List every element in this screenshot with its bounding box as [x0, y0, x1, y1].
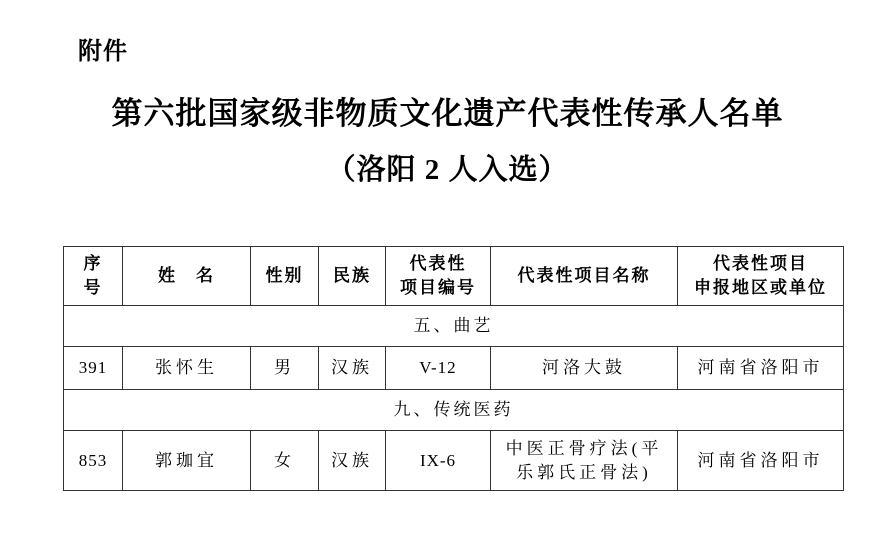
table-header-row: 序 号 姓 名 性别 民族 代表性 项目编号 代表性项目名称 代表性项目 申报地… — [64, 247, 844, 306]
inheritors-table: 序 号 姓 名 性别 民族 代表性 项目编号 代表性项目名称 代表性项目 申报地… — [63, 246, 844, 491]
table-row: 853 郭珈宜 女 汉族 IX-6 中医正骨疗法(平乐郭氏正骨法) 河南省洛阳市 — [64, 431, 844, 491]
cell-gender: 女 — [251, 431, 319, 491]
section-label: 五、曲艺 — [64, 306, 844, 347]
col-header-project-name: 代表性项目名称 — [491, 247, 678, 306]
cell-ethnicity: 汉族 — [319, 431, 386, 491]
col-header-ethnicity: 民族 — [319, 247, 386, 306]
cell-project-code: IX-6 — [386, 431, 491, 491]
cell-region: 河南省洛阳市 — [678, 431, 844, 491]
page-title: 第六批国家级非物质文化遗产代表性传承人名单 — [0, 96, 895, 132]
table-row: 391 张怀生 男 汉族 V-12 河洛大鼓 河南省洛阳市 — [64, 347, 844, 390]
page-subtitle: （洛阳 2 人入选） — [0, 154, 895, 187]
attachment-label: 附件 — [78, 31, 128, 66]
cell-serial: 853 — [64, 431, 123, 491]
cell-project-code: V-12 — [386, 347, 491, 390]
document-page: { "document": { "attachment_label": "附件"… — [0, 0, 895, 549]
section-label: 九、传统医药 — [64, 390, 844, 431]
col-header-project-code: 代表性 项目编号 — [386, 247, 491, 306]
col-header-serial: 序 号 — [64, 247, 123, 306]
cell-project-name: 中医正骨疗法(平乐郭氏正骨法) — [491, 431, 678, 491]
cell-serial: 391 — [64, 347, 123, 390]
cell-region: 河南省洛阳市 — [678, 347, 844, 390]
col-header-gender: 性别 — [251, 247, 319, 306]
cell-gender: 男 — [251, 347, 319, 390]
col-header-region: 代表性项目 申报地区或单位 — [678, 247, 844, 306]
cell-name: 郭珈宜 — [123, 431, 251, 491]
cell-name: 张怀生 — [123, 347, 251, 390]
cell-project-name: 河洛大鼓 — [491, 347, 678, 390]
section-row-quyi: 五、曲艺 — [64, 306, 844, 347]
section-row-traditional-medicine: 九、传统医药 — [64, 390, 844, 431]
col-header-name: 姓 名 — [123, 247, 251, 306]
cell-ethnicity: 汉族 — [319, 347, 386, 390]
